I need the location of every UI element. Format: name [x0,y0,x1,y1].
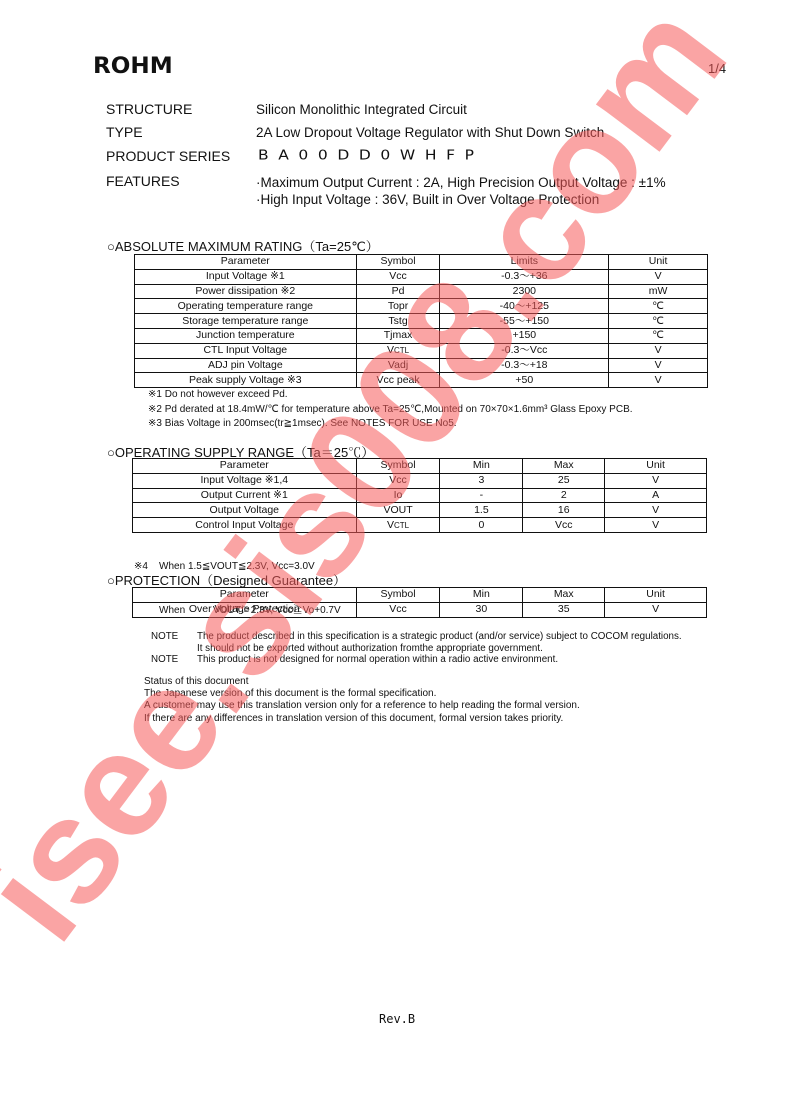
structure-label: STRUCTURE [106,101,192,117]
abs-max-row: CTL Input VoltageVCTL-0.3～VccV [135,343,708,358]
cell-unit: V [609,358,708,373]
note-1-line-2: It should not be exported without author… [197,643,682,655]
abs-max-row: ADJ pin VoltageVadj-0.3～+18V [135,358,708,373]
header-cell-symbol: Symbol [356,459,440,474]
watermark: isee.sis008.com [0,0,793,1120]
header-cell-unit: Unit [605,588,707,603]
document-status: Status of this document The Japanese ver… [144,676,580,725]
operating-row: Output VoltageVOUT1.516V [133,503,707,518]
header-cell-parameter: Parameter [133,588,357,603]
cell-unit: mW [609,284,708,299]
cell-symbol: Vcc peak [356,373,440,388]
protection-header-row: ParameterSymbolMinMaxUnit [133,588,707,603]
status-heading: Status of this document [144,676,580,688]
cell-limits: -0.3～+36 [440,269,609,284]
features-label: FEATURES [106,173,180,189]
cell-max: 35 [523,602,605,617]
abs-max-row: Input Voltage ※1Vcc-0.3～+36V [135,269,708,284]
abs-max-row: Peak supply Voltage ※3Vcc peak+50V [135,373,708,388]
cell-symbol: Tstg [356,314,440,329]
cell-unit: V [605,503,707,518]
header-cell-max: Max [523,588,605,603]
cell-parameter: Operating temperature range [135,299,357,314]
abs-max-title: ○ABSOLUTE MAXIMUM RATING（Ta=25℃） [107,236,379,255]
cell-parameter: Output Voltage [133,503,357,518]
note-1-line-1: The product described in this specificat… [197,631,682,643]
cell-limits: -0.3～+18 [440,358,609,373]
cell-parameter: Junction temperature [135,328,357,343]
type-label: TYPE [106,124,143,140]
product-series-label: PRODUCT SERIES [106,148,230,164]
product-series-value: BA00DD0WHFP [258,147,484,162]
cell-unit: V [609,343,708,358]
cell-symbol: Vadj [356,358,440,373]
header-cell-unit: Unit [605,459,707,474]
cell-parameter: Input Voltage ※1,4 [133,473,357,488]
cell-unit: ℃ [609,299,708,314]
cell-parameter: CTL Input Voltage [135,343,357,358]
cell-parameter: Peak supply Voltage ※3 [135,373,357,388]
cell-min: 0 [440,518,523,533]
abs-max-note-1: ※1 Do not however exceed Pd. [148,388,633,403]
note-label-2: NOTE [151,654,178,666]
header-cell-parameter: Parameter [133,459,357,474]
operating-row: Output Current ※1Io-2A [133,488,707,503]
cell-max: Vcc [523,518,605,533]
cell-symbol: VOUT [356,503,440,518]
cell-max: 2 [523,488,605,503]
type-value: 2A Low Dropout Voltage Regulator with Sh… [256,125,604,140]
status-line-3: If there are any differences in translat… [144,713,580,725]
abs-max-row: Storage temperature rangeTstg-55～+150℃ [135,314,708,329]
cell-symbol: Topr [356,299,440,314]
cell-unit: V [605,602,707,617]
cell-parameter: Power dissipation ※2 [135,284,357,299]
cell-max: 25 [523,473,605,488]
cell-unit: ℃ [609,314,708,329]
revision: Rev.B [379,1012,415,1026]
cell-parameter: Storage temperature range [135,314,357,329]
protection-row: Over Voltage ProtectionVcc3035V [133,602,707,617]
abs-max-header-row: ParameterSymbolLimitsUnit [135,255,708,270]
rohm-logo: ROHM [93,54,173,79]
cell-min: - [440,488,523,503]
cell-symbol: Io [356,488,440,503]
cell-symbol: Tjmax [356,328,440,343]
abs-max-row: Operating temperature rangeTopr-40～+125℃ [135,299,708,314]
note-labels: NOTE NOTE [151,631,178,666]
header-cell-min: Min [440,588,523,603]
header-cell-limits: Limits [440,255,609,270]
abs-max-row: Junction temperatureTjmax+150℃ [135,328,708,343]
cell-unit: V [609,373,708,388]
cell-limits: -55～+150 [440,314,609,329]
cell-unit: A [605,488,707,503]
header-cell-unit: Unit [609,255,708,270]
header-cell-max: Max [523,459,605,474]
cell-unit: V [605,473,707,488]
note-label-1: NOTE [151,631,178,643]
note-2: This product is not designed for normal … [197,654,682,666]
cell-symbol: Pd [356,284,440,299]
header-cell-min: Min [440,459,523,474]
operating-row: Input Voltage ※1,4Vcc325V [133,473,707,488]
cell-limits: +150 [440,328,609,343]
cell-symbol: Vcc [356,269,440,284]
cell-symbol: Vcc [356,473,440,488]
feature-1: ·Maximum Output Current : 2A, High Preci… [256,175,666,190]
header-cell-parameter: Parameter [135,255,357,270]
cell-limits: -40～+125 [440,299,609,314]
cell-parameter: ADJ pin Voltage [135,358,357,373]
operating-table: ParameterSymbolMinMaxUnitInput Voltage ※… [132,458,707,533]
status-line-1: The Japanese version of this document is… [144,688,580,700]
cell-limits: +50 [440,373,609,388]
cell-unit: V [609,269,708,284]
cell-max: 16 [523,503,605,518]
protection-table: ParameterSymbolMinMaxUnitOver Voltage Pr… [132,587,707,618]
cell-symbol: VCTL [356,518,440,533]
page-number: 1/4 [708,61,726,76]
cell-parameter: Output Current ※1 [133,488,357,503]
cell-min: 30 [440,602,523,617]
header-cell-symbol: Symbol [356,255,440,270]
abs-max-note-2: ※2 Pd derated at 18.4mW/℃ for temperatur… [148,403,633,418]
cell-min: 3 [440,473,523,488]
header-cell-symbol: Symbol [356,588,440,603]
cell-parameter: Over Voltage Protection [133,602,357,617]
cell-unit: V [605,518,707,533]
abs-max-note-3: ※3 Bias Voltage in 200msec(tr≧1msec). Se… [148,417,633,432]
cell-min: 1.5 [440,503,523,518]
abs-max-notes: ※1 Do not however exceed Pd. ※2 Pd derat… [148,388,633,432]
status-line-2: A customer may use this translation vers… [144,700,580,712]
cell-symbol: VCTL [356,343,440,358]
cell-symbol: Vcc [356,602,440,617]
note-texts: The product described in this specificat… [197,631,682,666]
feature-2: ·High Input Voltage : 36V, Built in Over… [256,192,599,207]
cell-limits: 2300 [440,284,609,299]
cell-limits: -0.3～Vcc [440,343,609,358]
abs-max-row: Power dissipation ※2Pd2300mW [135,284,708,299]
cell-parameter: Input Voltage ※1 [135,269,357,284]
abs-max-table: ParameterSymbolLimitsUnitInput Voltage ※… [134,254,708,388]
structure-value: Silicon Monolithic Integrated Circuit [256,102,467,117]
operating-header-row: ParameterSymbolMinMaxUnit [133,459,707,474]
cell-unit: ℃ [609,328,708,343]
